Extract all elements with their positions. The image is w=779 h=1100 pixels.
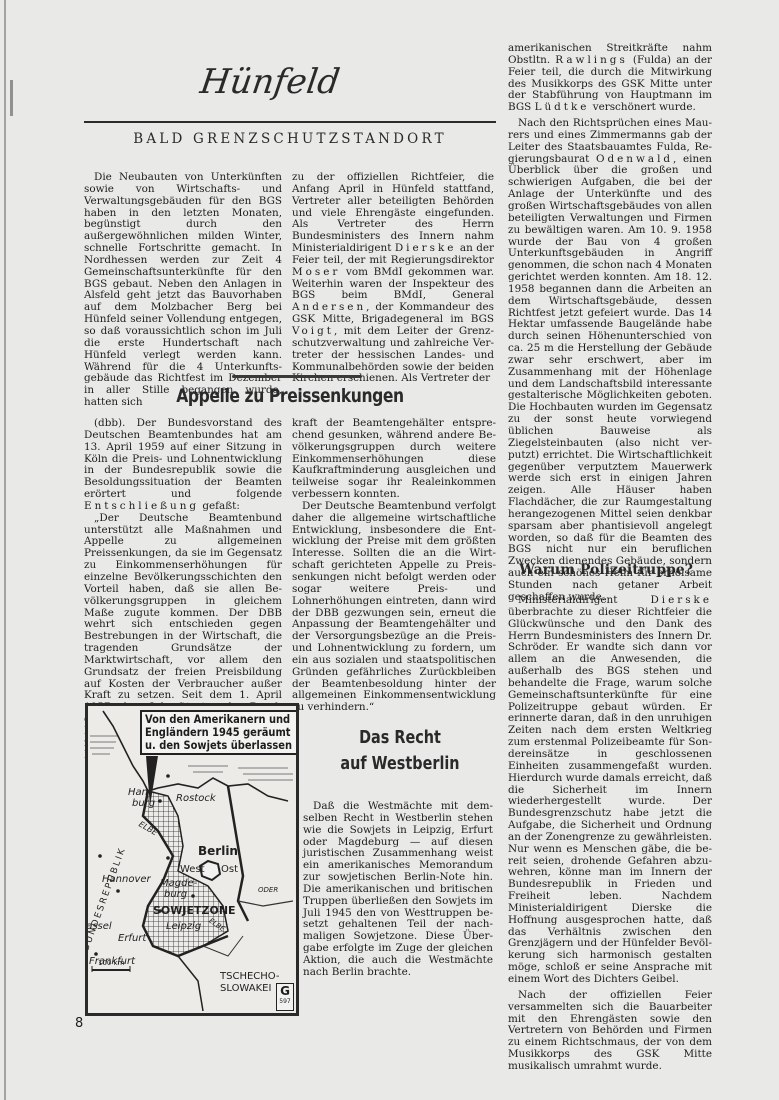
masthead-rule bbox=[84, 121, 496, 123]
map-label-sowjetzone: SOWJETZONE bbox=[153, 904, 236, 917]
person-name: Lüdtke bbox=[535, 101, 590, 113]
section-heading-appelle: Appelle zu Preissenkungen bbox=[121, 385, 459, 407]
person-name: Rawlings bbox=[555, 54, 627, 66]
paragraph: amerikanischen Streitkräfte nahm Obstltn… bbox=[508, 43, 712, 114]
article1-column2: zu der offiziellen Richtfeier, die Anfan… bbox=[292, 172, 494, 385]
paragraph: Die Neubauten von Unterkünften so­wie vo… bbox=[84, 172, 282, 409]
map-label-magdeburg-2: burg bbox=[164, 889, 187, 900]
map-label-hamburg: Ham- bbox=[128, 787, 155, 798]
page-number: 8 bbox=[75, 1016, 83, 1031]
appelle-column2: kraft der Beamtengehälter entspre­chend … bbox=[292, 418, 496, 714]
section-heading-recht: Das Recht auf Westberlin bbox=[328, 725, 472, 777]
section-heading-warum: Warum Polizeitruppe? bbox=[500, 562, 712, 578]
person-name: Dierske bbox=[650, 594, 712, 606]
person-name: Dierske bbox=[395, 242, 457, 254]
paragraph: Ministerialdirigent Dierske über­brachte… bbox=[508, 595, 712, 986]
map-label-magdeburg: Magde- bbox=[160, 878, 197, 889]
person-name: Voigt bbox=[292, 325, 334, 337]
section-divider bbox=[232, 375, 362, 378]
map-label-west: West bbox=[180, 864, 205, 875]
paragraph: Nach den Richtsprüchen eines Mau­rers un… bbox=[508, 118, 712, 604]
paragraph: (dbb). Der Bundesvorstand des Deut­schen… bbox=[84, 418, 282, 513]
article1-column1: Die Neubauten von Unterkünften so­wie vo… bbox=[84, 172, 282, 409]
paragraph: Nach der offiziellen Feier versammel­ten… bbox=[508, 990, 712, 1073]
map-label-slowakei: SLOWAKEI bbox=[220, 983, 271, 994]
recht-column: Daß die Westmächte mit dem­selben Recht … bbox=[303, 801, 493, 979]
paragraph: Der Deutsche Beamtenbund verfolgt daher … bbox=[292, 501, 496, 714]
page-mark bbox=[10, 80, 13, 116]
person-name: Odenwald bbox=[596, 153, 673, 165]
map-label-ost: Ost bbox=[221, 864, 238, 875]
paragraph: zu der offiziellen Richtfeier, die Anfan… bbox=[292, 172, 494, 385]
warum-column: Ministerialdirigent Dierske über­brachte… bbox=[508, 595, 712, 1073]
masthead-title: Hünfeld bbox=[187, 62, 353, 102]
map-label-hamburg-2: burg bbox=[132, 798, 155, 809]
article-headline: BALD GRENZSCHUTZSTANDORT bbox=[84, 131, 496, 147]
person-name: Moser bbox=[292, 266, 340, 278]
paragraph: Daß die Westmächte mit dem­selben Recht … bbox=[303, 801, 493, 979]
map-label-berlin: Berlin bbox=[198, 844, 238, 858]
spaced-term: Entschließung bbox=[84, 500, 199, 512]
article1-column3: amerikanischen Streitkräfte nahm Obstltn… bbox=[508, 43, 712, 604]
paragraph: kraft der Beamtengehälter entspre­chend … bbox=[292, 418, 496, 501]
map-label-tschecho: TSCHECHO- bbox=[220, 971, 280, 982]
map-label-oder: ODER bbox=[258, 886, 278, 894]
map-scale-label: 100 km bbox=[98, 959, 124, 967]
map-label-leipzig: Leipzig bbox=[166, 921, 201, 932]
map-publisher-logo: G 597 bbox=[276, 983, 294, 1011]
map-callout-box: Von den Amerikanern und Engländern 1945 … bbox=[140, 710, 298, 755]
person-name: Andersen bbox=[292, 301, 366, 313]
map-label-rostock: Rostock bbox=[176, 793, 216, 804]
page-edge bbox=[4, 0, 6, 1100]
map-label-erfurt: Erfurt bbox=[118, 933, 146, 944]
map-figure: Von den Amerikanern und Engländern 1945 … bbox=[85, 703, 299, 1016]
